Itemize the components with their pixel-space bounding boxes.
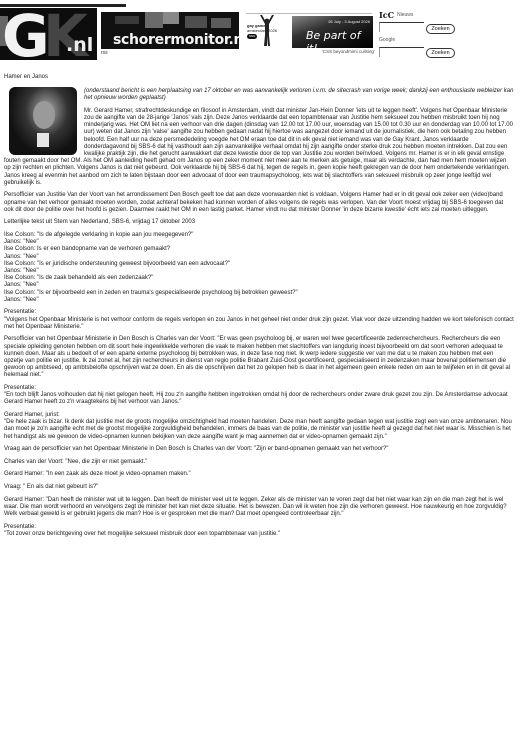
section-block: Persofficier van het Openbaar Ministerie… [4, 336, 514, 379]
news-search-button[interactable]: Zoeken [426, 24, 455, 34]
interview-line: Ilse Colson: "Is de zaak behandeld als e… [4, 275, 153, 281]
section-text: Gerard Hamer: "Dan heeft de minister wat… [4, 497, 507, 517]
news-search-label: Nieuws [397, 12, 413, 18]
photo-spacer [4, 88, 84, 154]
interview-line: Janos: "Nee" [4, 297, 39, 303]
news-search-input[interactable] [379, 22, 424, 32]
logo-suffix: .nl [66, 34, 93, 56]
google-search-label: Google [379, 37, 395, 43]
interview-block: Ilse Colson: "Is de afgelegde verklaring… [4, 232, 514, 304]
section-text: "Tot zover onze berichtgeving over het m… [4, 531, 280, 537]
section-label: Presentatie: [4, 524, 36, 530]
interview-line: Ilse Colson: "Is er bijvoorbeeld een in … [4, 290, 298, 296]
source-line: Letterlijke tekst uit Stem van Nederland… [4, 219, 514, 226]
event-slogan: Be part of it! [306, 29, 373, 48]
section-label: Presentatie: [4, 309, 36, 315]
section-label: Gerard Hamer, jurist: [4, 412, 60, 418]
interview-line: Janos: "Nee" [4, 254, 39, 260]
athlete-figure-icon [259, 15, 275, 47]
search-brand-logo: IcC [379, 10, 394, 20]
article-paragraph: Persofficier van Justitie Van der Voort … [4, 192, 514, 214]
interview-line: Janos: "Nee" [4, 282, 39, 288]
banner-block [163, 12, 179, 24]
event-banner[interactable]: 26 July - 3 August 2026 Be part of it! [292, 16, 373, 48]
event-dates: 26 July - 3 August 2026 [328, 19, 370, 24]
section-block: Presentatie:"Volgens het Openbaar Minist… [4, 309, 514, 331]
section-text: Vraag: " En als dat niet gebeurt is?" [4, 484, 98, 490]
section-label: Presentatie: [4, 385, 36, 391]
section-text: "En toch blijft Janos volhouden dat hij … [4, 392, 508, 405]
interview-line: Ilse Colson: Is er een bandopname van de… [4, 246, 170, 252]
interview-line: Janos: "Nee" [4, 268, 39, 274]
header-divider [0, 4, 126, 7]
banner-block [145, 12, 163, 28]
section-block: Gerard Hamer, jurist:"De hele zaak is bi… [4, 412, 514, 441]
section-text: "De hele zaak is bizar. Ik denk dat just… [4, 419, 512, 439]
section-block: Vraag: " En als dat niet gebeurt is?" [4, 484, 514, 491]
section-text: Gerard Hamer: "In een zaak als deze moet… [4, 471, 191, 477]
breadcrumb: Hamer en Janos [4, 74, 48, 80]
section-block: Gerard Hamer: "Dan heeft de minister wat… [4, 497, 514, 519]
section-block: Presentatie:"Tot zover onze berichtgevin… [4, 524, 514, 538]
section-text: "Volgens het Openbaar Ministerie is het … [4, 317, 514, 330]
section-text: Persofficier van het Openbaar Ministerie… [4, 336, 510, 378]
schorermonitor-banner[interactable]: schorermonitor.nl [101, 12, 239, 49]
section-text: Charles van der Voort: "Nee, die zijn er… [4, 459, 147, 465]
banner-block [211, 18, 231, 28]
schorermonitor-text: schorermonitor.nl [113, 32, 239, 48]
rss-label[interactable]: rss [101, 50, 108, 56]
section-text: Vraag aan de persofficier van het Openba… [4, 446, 388, 452]
search-panel: IcC Nieuws Zoeken Google Zoeken [379, 10, 520, 62]
gaygames-badge: NNN [247, 34, 257, 39]
section-block: Gerard Hamer: "In een zaak als deze moet… [4, 471, 514, 478]
banner-block [115, 16, 139, 24]
article-body: (onderstaand bericht is een herplaatsing… [4, 88, 514, 543]
section-block: Charles van der Voort: "Nee, die zijn er… [4, 459, 514, 466]
google-search-input[interactable] [379, 47, 424, 57]
interview-line: Ilse Colson: "Is er juridische ondersteu… [4, 261, 230, 267]
banner-block [185, 16, 207, 28]
section-block: Vraag aan de persofficier van het Openba… [4, 446, 514, 453]
interview-line: Janos: "Nee" [4, 239, 39, 245]
gaykrant-logo[interactable]: G K .nl [0, 8, 97, 60]
event-caption: 'CSS beyondmimi cuilsing' [322, 49, 375, 54]
gaygames-banner[interactable]: gay games amsterdam 2026 NNN [246, 13, 286, 50]
google-search-button[interactable]: Zoeken [426, 48, 455, 58]
section-block: Presentatie:"En toch blijft Janos volhou… [4, 385, 514, 407]
interview-line: Ilse Colson: "Is de afgelegde verklaring… [4, 232, 193, 238]
